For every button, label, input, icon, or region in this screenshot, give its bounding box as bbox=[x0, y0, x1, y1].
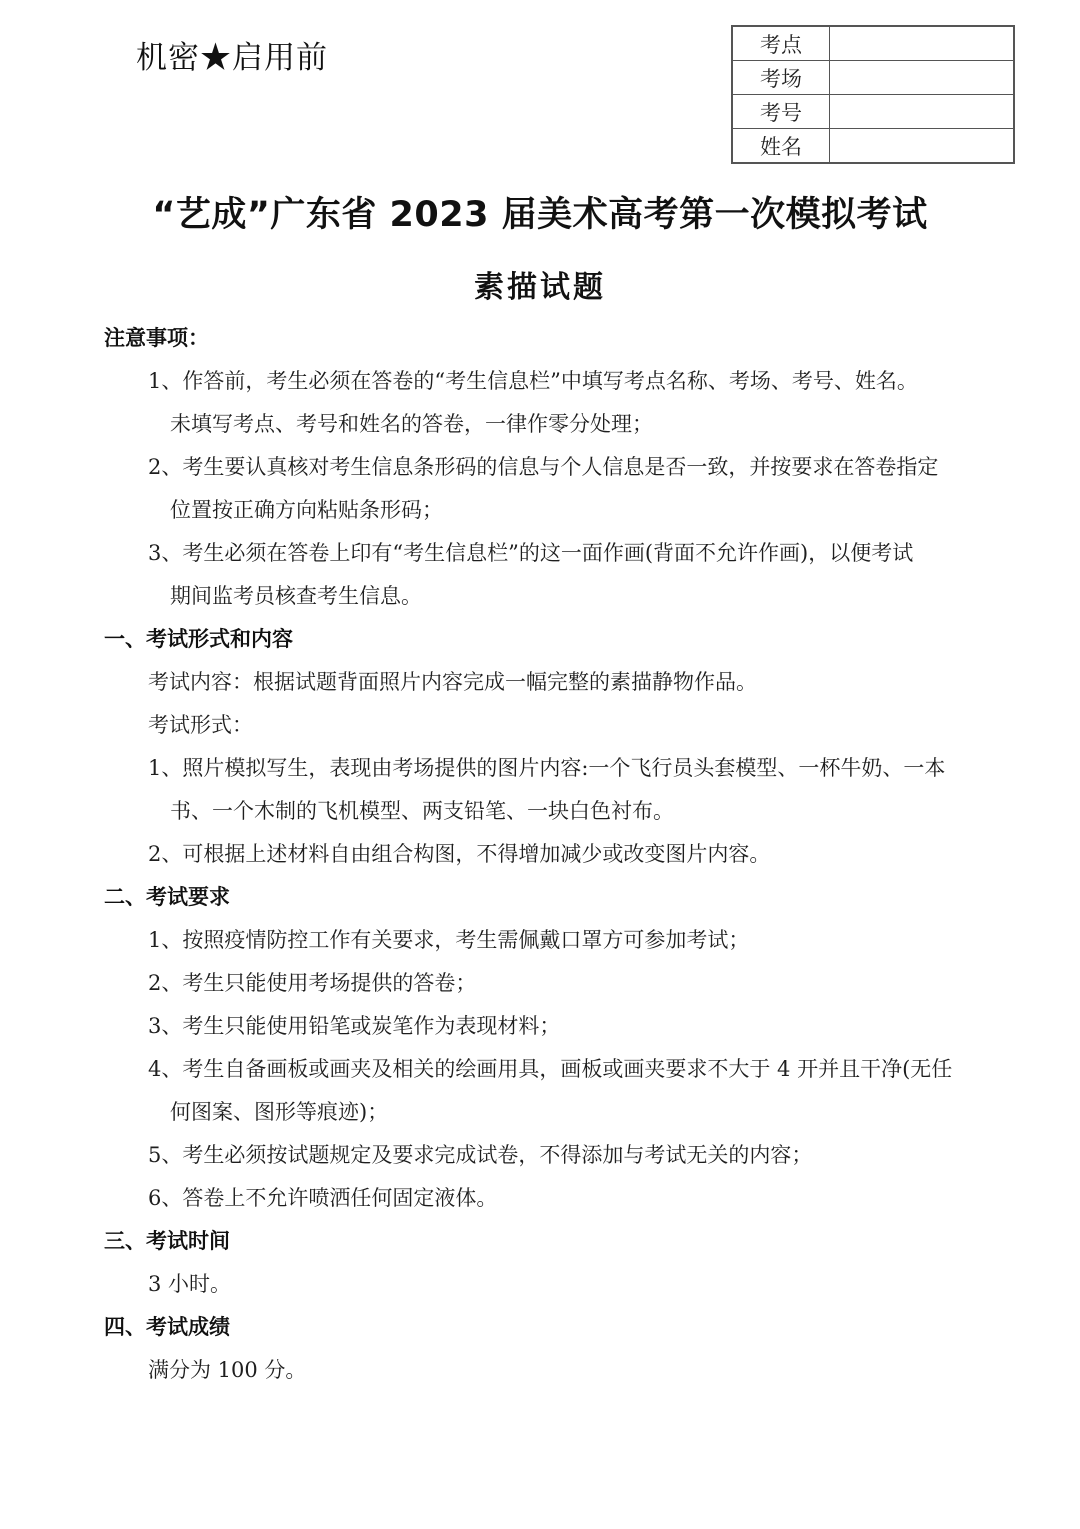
section-heading-format: 一、考试形式和内容 bbox=[104, 618, 984, 661]
name-field[interactable] bbox=[830, 129, 1015, 164]
section-line: 5、考生必须按试题规定及要求完成试卷，不得添加与考试无关的内容； bbox=[104, 1134, 984, 1177]
section-line: 2、考生只能使用考场提供的答卷； bbox=[104, 962, 984, 1005]
section-text: 3 小时。 bbox=[104, 1263, 984, 1306]
section-text: 考试形式： bbox=[104, 704, 984, 747]
exam-room-field[interactable] bbox=[830, 61, 1015, 95]
section-line: 书、一个木制的飞机模型、两支铅笔、一块白色衬布。 bbox=[104, 790, 984, 833]
section-text: 满分为 100 分。 bbox=[104, 1349, 984, 1392]
candidate-info-table: 考点 考场 考号 姓名 bbox=[731, 25, 1015, 164]
section-line: 1、按照疫情防控工作有关要求，考生需佩戴口罩方可参加考试； bbox=[104, 919, 984, 962]
info-row-name: 姓名 bbox=[732, 129, 1014, 164]
info-row-exam-room: 考场 bbox=[732, 61, 1014, 95]
exam-number-field[interactable] bbox=[830, 95, 1015, 129]
notice-line: 2、考生要认真核对考生信息条形码的信息与个人信息是否一致，并按要求在答卷指定 bbox=[104, 446, 984, 489]
notice-line: 3、考生必须在答卷上印有“考生信息栏”的这一面作画(背面不允许作画)，以便考试 bbox=[104, 532, 984, 575]
section-heading-time: 三、考试时间 bbox=[104, 1220, 984, 1263]
notice-line: 未填写考点、考号和姓名的答卷，一律作零分处理； bbox=[104, 403, 984, 446]
info-label: 考号 bbox=[732, 95, 830, 129]
section-line: 6、答卷上不允许喷洒任何固定液体。 bbox=[104, 1177, 984, 1220]
info-label: 考点 bbox=[732, 26, 830, 61]
notice-line: 1、作答前，考生必须在答卷的“考生信息栏”中填写考点名称、考场、考号、姓名。 bbox=[104, 360, 984, 403]
confidential-mark: 机密★启用前 bbox=[136, 32, 328, 77]
notice-line: 位置按正确方向粘贴条形码； bbox=[104, 489, 984, 532]
section-text: 考试内容：根据试题背面照片内容完成一幅完整的素描静物作品。 bbox=[104, 661, 984, 704]
section-heading-requirements: 二、考试要求 bbox=[104, 876, 984, 919]
notice-line: 期间监考员核查考生信息。 bbox=[104, 575, 984, 618]
info-label: 考场 bbox=[732, 61, 830, 95]
info-label: 姓名 bbox=[732, 129, 830, 164]
info-row-exam-site: 考点 bbox=[732, 26, 1014, 61]
section-line: 3、考生只能使用铅笔或炭笔作为表现材料； bbox=[104, 1005, 984, 1048]
document-title: “艺成”广东省 2023 届美术高考第一次模拟考试 bbox=[0, 187, 1080, 237]
document-subtitle: 素描试题 bbox=[0, 262, 1080, 306]
info-row-exam-number: 考号 bbox=[732, 95, 1014, 129]
section-line: 4、考生自备画板或画夹及相关的绘画用具，画板或画夹要求不大于 4 开并且干净(无… bbox=[104, 1048, 984, 1091]
notice-heading: 注意事项： bbox=[104, 317, 984, 360]
section-heading-score: 四、考试成绩 bbox=[104, 1306, 984, 1349]
exam-site-field[interactable] bbox=[830, 26, 1015, 61]
section-line: 1、照片模拟写生，表现由考场提供的图片内容:一个飞行员头套模型、一杯牛奶、一本 bbox=[104, 747, 984, 790]
section-line: 2、可根据上述材料自由组合构图，不得增加减少或改变图片内容。 bbox=[104, 833, 984, 876]
document-body: 注意事项： 1、作答前，考生必须在答卷的“考生信息栏”中填写考点名称、考场、考号… bbox=[104, 317, 984, 1392]
section-line: 何图案、图形等痕迹)； bbox=[104, 1091, 984, 1134]
